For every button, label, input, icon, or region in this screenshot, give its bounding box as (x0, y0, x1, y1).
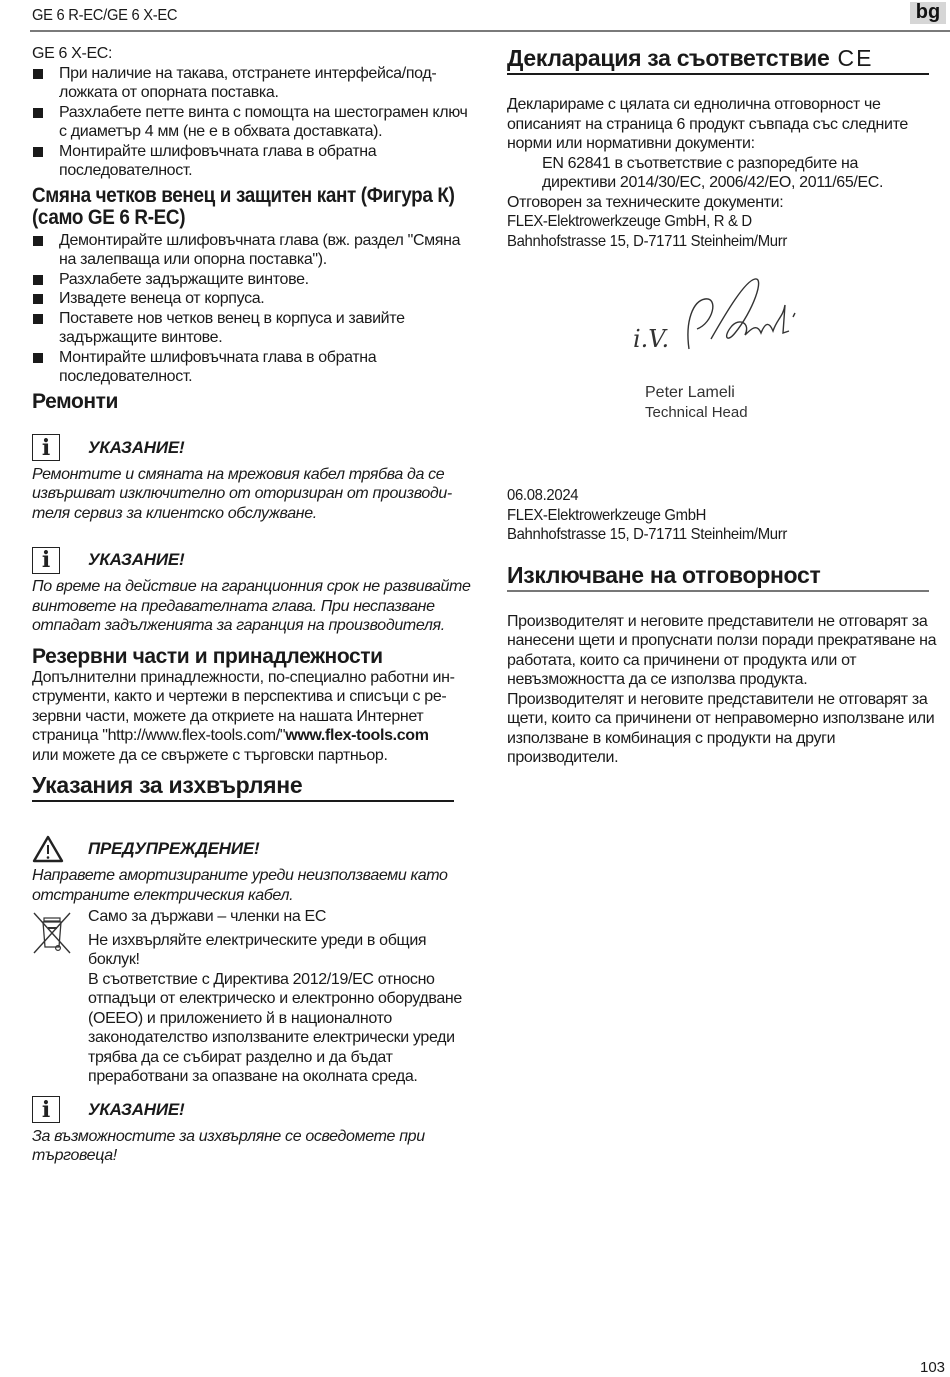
list-item: Демонтирайте шлифовъчната глава (вж. раз… (32, 231, 472, 270)
company-name: FLEX-Elektrowerkzeuge GmbH (507, 506, 706, 526)
standard-line-2: директиви 2014/30/EC, 2006/42/EO, 2011/6… (507, 173, 947, 193)
liability-heading: Изключване на отговорност (507, 561, 929, 592)
intro-label: GE 6 X-EC: (32, 44, 472, 64)
responsible-label: Отговорен за техническите документи: (507, 193, 947, 213)
header-divider (30, 30, 950, 32)
disposal-heading: Указания за изхвърляне (32, 771, 454, 802)
responsible-company: FLEX-Elektrowerkzeuge GmbH, R & D (507, 212, 752, 232)
info-icon: i (32, 434, 60, 461)
note-text: За възможностите за изхвърляне се осведо… (32, 1127, 472, 1166)
repairs-note-1: i УКАЗАНИЕ! Ремонтите и смяната на мрежо… (32, 431, 472, 524)
crossed-out-bin-icon (32, 909, 72, 955)
note-text: Ремонтите и смяната на мрежовия кабел тр… (32, 465, 472, 524)
declaration-footer: 06.08.2024 FLEX-Elektrowerkzeuge GmbH Ba… (507, 486, 947, 545)
handwritten-signature-icon: i.V. (627, 271, 847, 381)
repairs-note-2: i УКАЗАНИЕ! По време на действие на гара… (32, 543, 472, 636)
weee-line: В съответствие с Директива 2012/19/ЕС от… (88, 970, 468, 1087)
list-item: При наличие на такава, отстранете интерф… (32, 64, 472, 103)
spare-parts-text: Допълнителни принадлежности, по-специалн… (32, 668, 472, 766)
warning-triangle-icon (32, 835, 64, 863)
declaration-intro: Декларираме с цялата си еднолична отгово… (507, 95, 947, 154)
document-model-title: GE 6 R-EC/GE 6 X-EC (32, 7, 177, 25)
repairs-heading: Ремонти (32, 391, 472, 413)
intro-steps-list: При наличие на такава, отстранете интерф… (32, 64, 472, 181)
standard-line-1: EN 62841 в съответствие с разпоредбите н… (507, 154, 947, 174)
flex-tools-link[interactable]: www.flex-tools.com (285, 727, 428, 744)
list-item: Разхлабете петте винта с помощта на шест… (32, 103, 472, 142)
liability-paragraph-2: Производителят и неговите представители … (507, 690, 947, 768)
spare-parts-heading: Резервни части и принадлежности (32, 646, 472, 668)
note-title: УКАЗАНИЕ! (88, 550, 185, 570)
disposal-warning: ПРЕДУПРЕЖДЕНИЕ! Направете амортизираните… (32, 832, 472, 905)
declaration-heading: Декларация за съответствиеCE (507, 44, 929, 75)
liability-body: Производителят и неговите представители … (507, 612, 947, 768)
signer-name: Peter Lameli (645, 384, 735, 402)
svg-text:i.V.: i.V. (633, 325, 669, 353)
info-icon: i (32, 547, 60, 574)
brush-section-title-line1: Смяна четков венец и защитен кант (Фигур… (32, 185, 455, 207)
company-address: Bahnhofstrasse 15, D-71711 Steinheim/Mur… (507, 525, 787, 545)
liability-paragraph-1: Производителят и неговите представители … (507, 612, 947, 690)
declaration-date: 06.08.2024 (507, 486, 578, 506)
weee-block: Само за държави – членки на ЕС Не изхвър… (32, 907, 472, 1087)
brush-section-title-line2: (само GE 6 R-EC) (32, 207, 185, 229)
left-column: GE 6 X-EC: При наличие на такава, отстра… (32, 44, 472, 1166)
declaration-body: Декларираме с цялата си еднолична отгово… (507, 95, 947, 251)
info-icon: i (32, 1096, 60, 1123)
signer-role: Technical Head (645, 404, 748, 421)
note-text: По време на действие на гаранционния сро… (32, 577, 472, 636)
weee-line: Само за държави – членки на ЕС (88, 907, 468, 927)
brush-section-heading: Смяна четков венец и защитен кант (Фигур… (32, 185, 472, 229)
signature-block: i.V. Peter Lameli Technical Head (507, 271, 947, 441)
list-item: Извадете венеца от корпуса. (32, 289, 472, 309)
list-item: Разхлабете задържащите винтове. (32, 270, 472, 290)
weee-line: Не изхвърляйте електрическите уреди в об… (88, 931, 468, 970)
weee-text: Само за държави – членки на ЕС Не изхвър… (88, 907, 468, 1087)
crossed-out-bin-icon-wrapper (32, 907, 76, 1087)
warning-text: Направете амортизираните уреди неизползв… (32, 866, 472, 905)
right-column: Декларация за съответствиеCE Декларираме… (507, 44, 947, 768)
note-title: УКАЗАНИЕ! (88, 438, 185, 458)
warning-title: ПРЕДУПРЕЖДЕНИЕ! (88, 839, 259, 859)
ce-mark-icon: CE (838, 44, 874, 72)
page-number: 103 (920, 1359, 945, 1376)
list-item: Поставете нов четков венец в корпуса и з… (32, 309, 472, 348)
list-item: Монтирайте шлифовъчната глава в обратна … (32, 348, 472, 387)
note-title: УКАЗАНИЕ! (88, 1100, 185, 1120)
declaration-title: Декларация за съответствие (507, 45, 830, 71)
spare-parts-text-after: или можете да се свържете с търговски па… (32, 747, 388, 764)
language-badge: bg (910, 2, 946, 24)
responsible-address: Bahnhofstrasse 15, D-71711 Steinheim/Mur… (507, 232, 787, 252)
list-item: Монтирайте шлифовъчната глава в обратна … (32, 142, 472, 181)
brush-steps-list: Демонтирайте шлифовъчната глава (вж. раз… (32, 231, 472, 387)
disposal-note: i УКАЗАНИЕ! За възможностите за изхвърля… (32, 1093, 472, 1166)
